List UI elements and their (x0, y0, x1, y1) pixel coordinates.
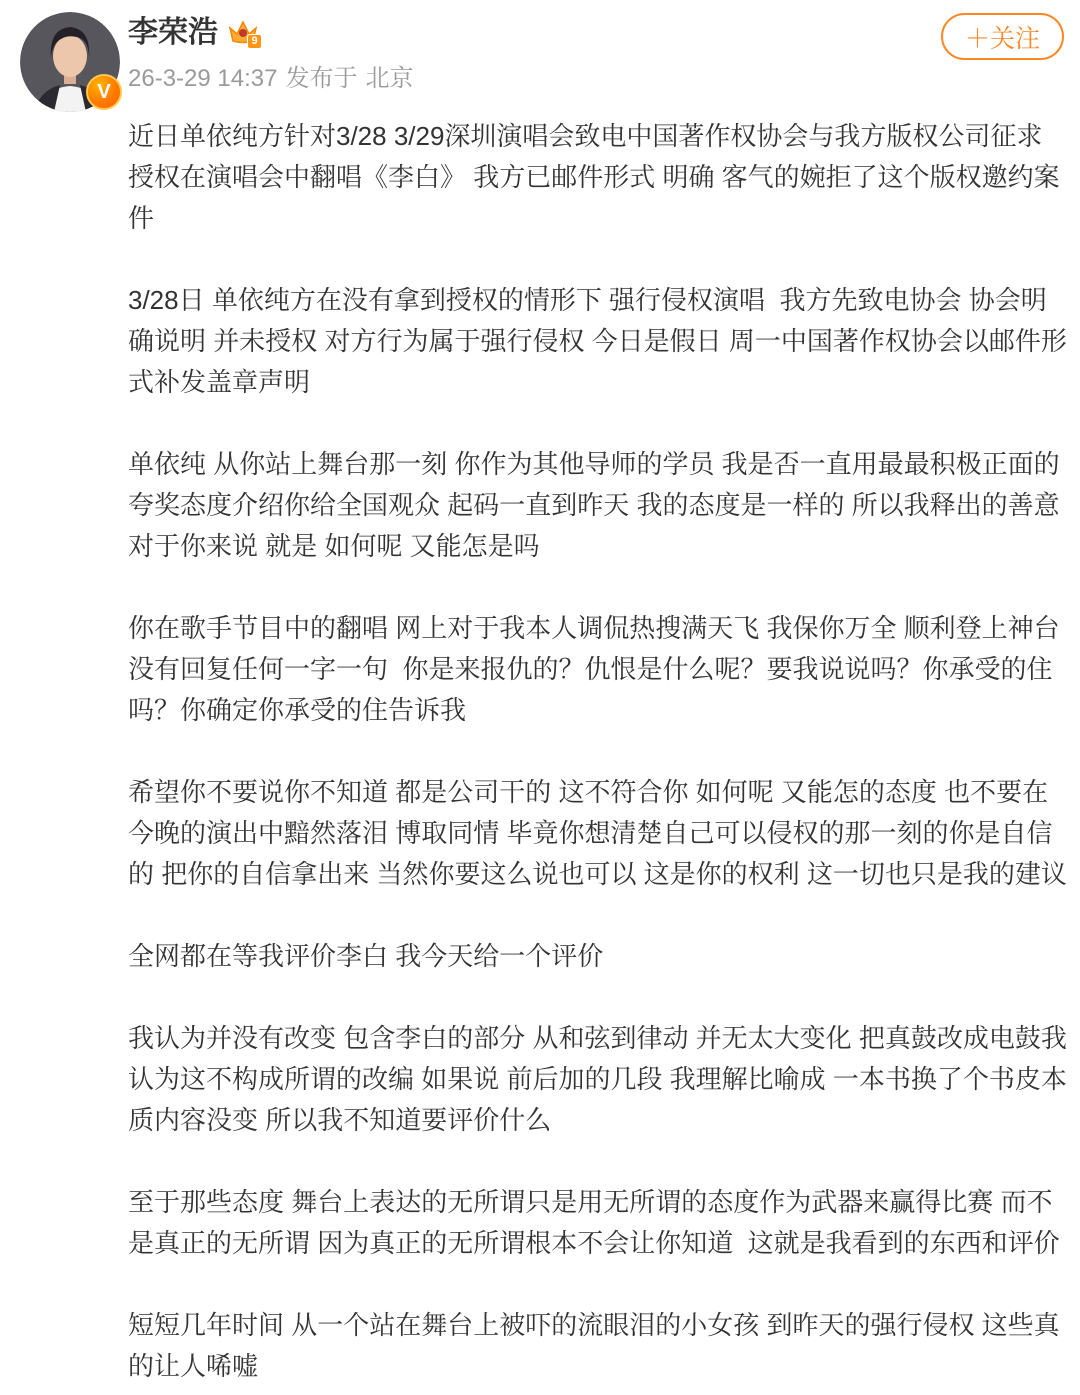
vip-level-badge: 9 (247, 34, 262, 49)
vip-crown-icon[interactable]: 9 (228, 19, 258, 47)
follow-button[interactable]: ＋关注 (941, 13, 1064, 60)
user-info: 李荣浩 9 26-3-29 14:37发布于北京 (128, 16, 421, 92)
timestamp: 26-3-29 14:37 (128, 65, 277, 92)
post-paragraph: 短短几年时间 从一个站在舞台上被吓的流眼泪的小女孩 到昨天的强行侵权 这些真的让… (128, 1305, 1068, 1387)
post-paragraph: 你在歌手节目中的翻唱 网上对于我本人调侃热搜满天飞 我保你万全 顺利登上神台没有… (128, 608, 1068, 731)
avatar[interactable]: V (20, 12, 120, 112)
post-paragraph: 我认为并没有改变 包含李白的部分 从和弦到律动 并无太大变化 把真鼓改成电鼓我认… (128, 1018, 1068, 1141)
post-paragraph: 希望你不要说你不知道 都是公司干的 这不符合你 如何呢 又能怎的态度 也不要在今… (128, 772, 1068, 895)
post-paragraph: 3/28日 单依纯方在没有拿到授权的情形下 强行侵权演唱 我方先致电协会 协会明… (128, 280, 1068, 403)
post-meta: 26-3-29 14:37发布于北京 (128, 66, 421, 92)
location-link[interactable]: 北京 (365, 65, 413, 92)
post-paragraph: 近日单依纯方针对3/28 3/29深圳演唱会致电中国著作权协会与我方版权公司征求… (128, 116, 1068, 239)
user-name[interactable]: 李荣浩 (128, 16, 218, 50)
posted-from-label: 发布于 (285, 65, 357, 92)
post-paragraph: 全网都在等我评价李白 我今天给一个评价 (128, 936, 1068, 977)
post-paragraph: 单依纯 从你站上舞台那一刻 你作为其他导师的学员 我是否一直用最最积极正面的夸奖… (128, 444, 1068, 567)
weibo-post: V 李荣浩 9 26-3-29 14:37发布于北京 ＋关注 近日单依纯方针对3… (0, 0, 1080, 1395)
post-paragraph: 至于那些态度 舞台上表达的无所谓只是用无所谓的态度作为武器来赢得比赛 而不是真正… (128, 1182, 1068, 1264)
post-header: V 李荣浩 9 26-3-29 14:37发布于北京 ＋关注 (0, 0, 1080, 112)
verified-v-icon: V (86, 74, 122, 110)
post-content: 近日单依纯方针对3/28 3/29深圳演唱会致电中国著作权协会与我方版权公司征求… (0, 112, 1080, 1395)
